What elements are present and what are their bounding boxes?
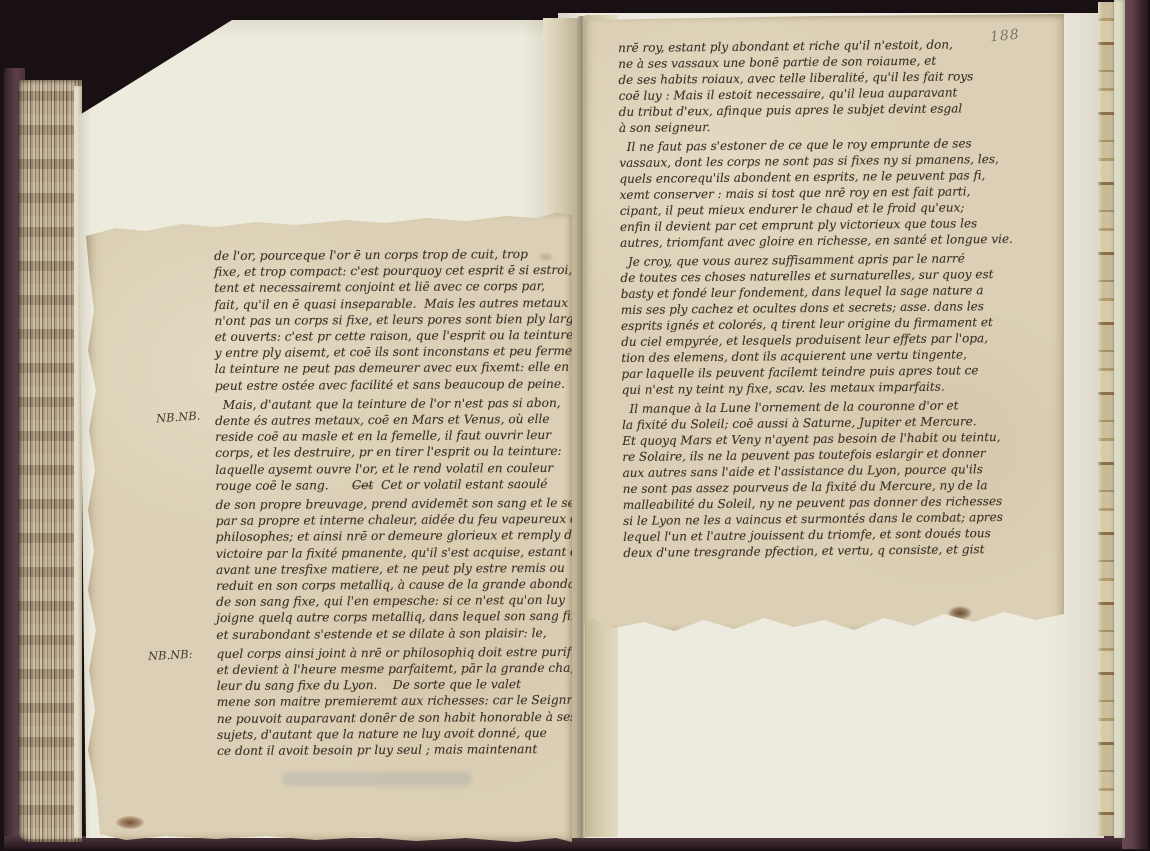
- manuscript-line: deux d'une tresgrande pfection, et vertu…: [623, 541, 1027, 561]
- manuscript-line: tent et necessairemt conjoint et liē ave…: [214, 278, 570, 296]
- manuscript-line: mene son maitre premieremt aux richesses…: [217, 692, 573, 710]
- manuscript-line: qui n'est ny teint ny fixe, scav. les me…: [622, 378, 1026, 398]
- manuscript-paragraph: Mais, d'autant que la teinture de l'or n…: [215, 395, 572, 494]
- manuscript-book-photo: 188 nrē roy, estant ply abondant et rich…: [0, 0, 1150, 851]
- manuscript-line: philosophes; et ainsi nrē or demeure glo…: [216, 527, 572, 545]
- manuscript-paragraph: de l'or, pourceque l'or ē un corps trop …: [214, 246, 571, 394]
- manuscript-line: ce dont il avoit besoin pr luy seul ; ma…: [217, 741, 573, 759]
- paper-discoloration: [538, 252, 554, 262]
- manuscript-line: victoire par la fixité pmanente, qu'il s…: [216, 543, 572, 561]
- manuscript-paragraph: nrē roy, estant ply abondant et riche qu…: [618, 36, 1023, 136]
- pale-leaf-edge: [1114, 0, 1125, 838]
- manuscript-line: peut estre ostée avec facilité et sans b…: [215, 375, 571, 393]
- manuscript-paragraph: Il ne faut pas s'estoner de ce que le ro…: [619, 135, 1024, 251]
- manuscript-line: fait, qu'il en ē quasi inseparable. Mais…: [214, 294, 570, 312]
- manuscript-line: à son seigneur.: [619, 116, 1023, 136]
- faded-ink-smudge: [282, 772, 472, 786]
- manuscript-paragraph: Il manque à la Lune l'ornement de la cou…: [622, 397, 1028, 561]
- left-manuscript-text: de l'or, pourceque l'or ē un corps trop …: [214, 246, 573, 762]
- right-manuscript-text: nrē roy, estant ply abondant et riche qu…: [618, 36, 1027, 564]
- right-manuscript-sheet: 188 nrē roy, estant ply abondant et rich…: [584, 14, 1064, 632]
- manuscript-paragraph: Je croy, que vous aurez suffisamment apr…: [620, 250, 1025, 398]
- manuscript-line: autres, triomfant avec gloire en richess…: [620, 231, 1024, 251]
- margin-note-nb: NB.NB:: [148, 647, 193, 663]
- manuscript-paragraph: quel corps ainsi joint à nrē or philosop…: [216, 644, 573, 760]
- book-cover-right-board: [1122, 0, 1148, 849]
- manuscript-line: et surabondant s'estende et se dilate à …: [216, 624, 572, 642]
- left-manuscript-sheet: NB.NB. NB.NB: de l'or, pourceque l'or ē …: [86, 210, 572, 842]
- manuscript-line: la teinture ne peut pas demeurer avec eu…: [215, 359, 571, 377]
- paper-stain: [116, 816, 144, 829]
- book-cover-bottom-board: [4, 836, 1147, 850]
- manuscript-line: corps, et les destruire, pr en tirer l'e…: [215, 443, 571, 461]
- page-edge-stack: [18, 80, 82, 842]
- margin-note-nb: NB.NB.: [156, 408, 201, 425]
- manuscript-line: laquelle aysemt ouvre l'or, et le rend v…: [215, 459, 571, 477]
- manuscript-line: joigne quelq autre corps metalliq, dans …: [216, 608, 572, 626]
- manuscript-line: rouge coē le sang. C̶e̶t̶ Cet or volatil…: [215, 476, 571, 494]
- manuscript-paragraph: de son propre breuvage, prend avidemēt s…: [216, 495, 573, 643]
